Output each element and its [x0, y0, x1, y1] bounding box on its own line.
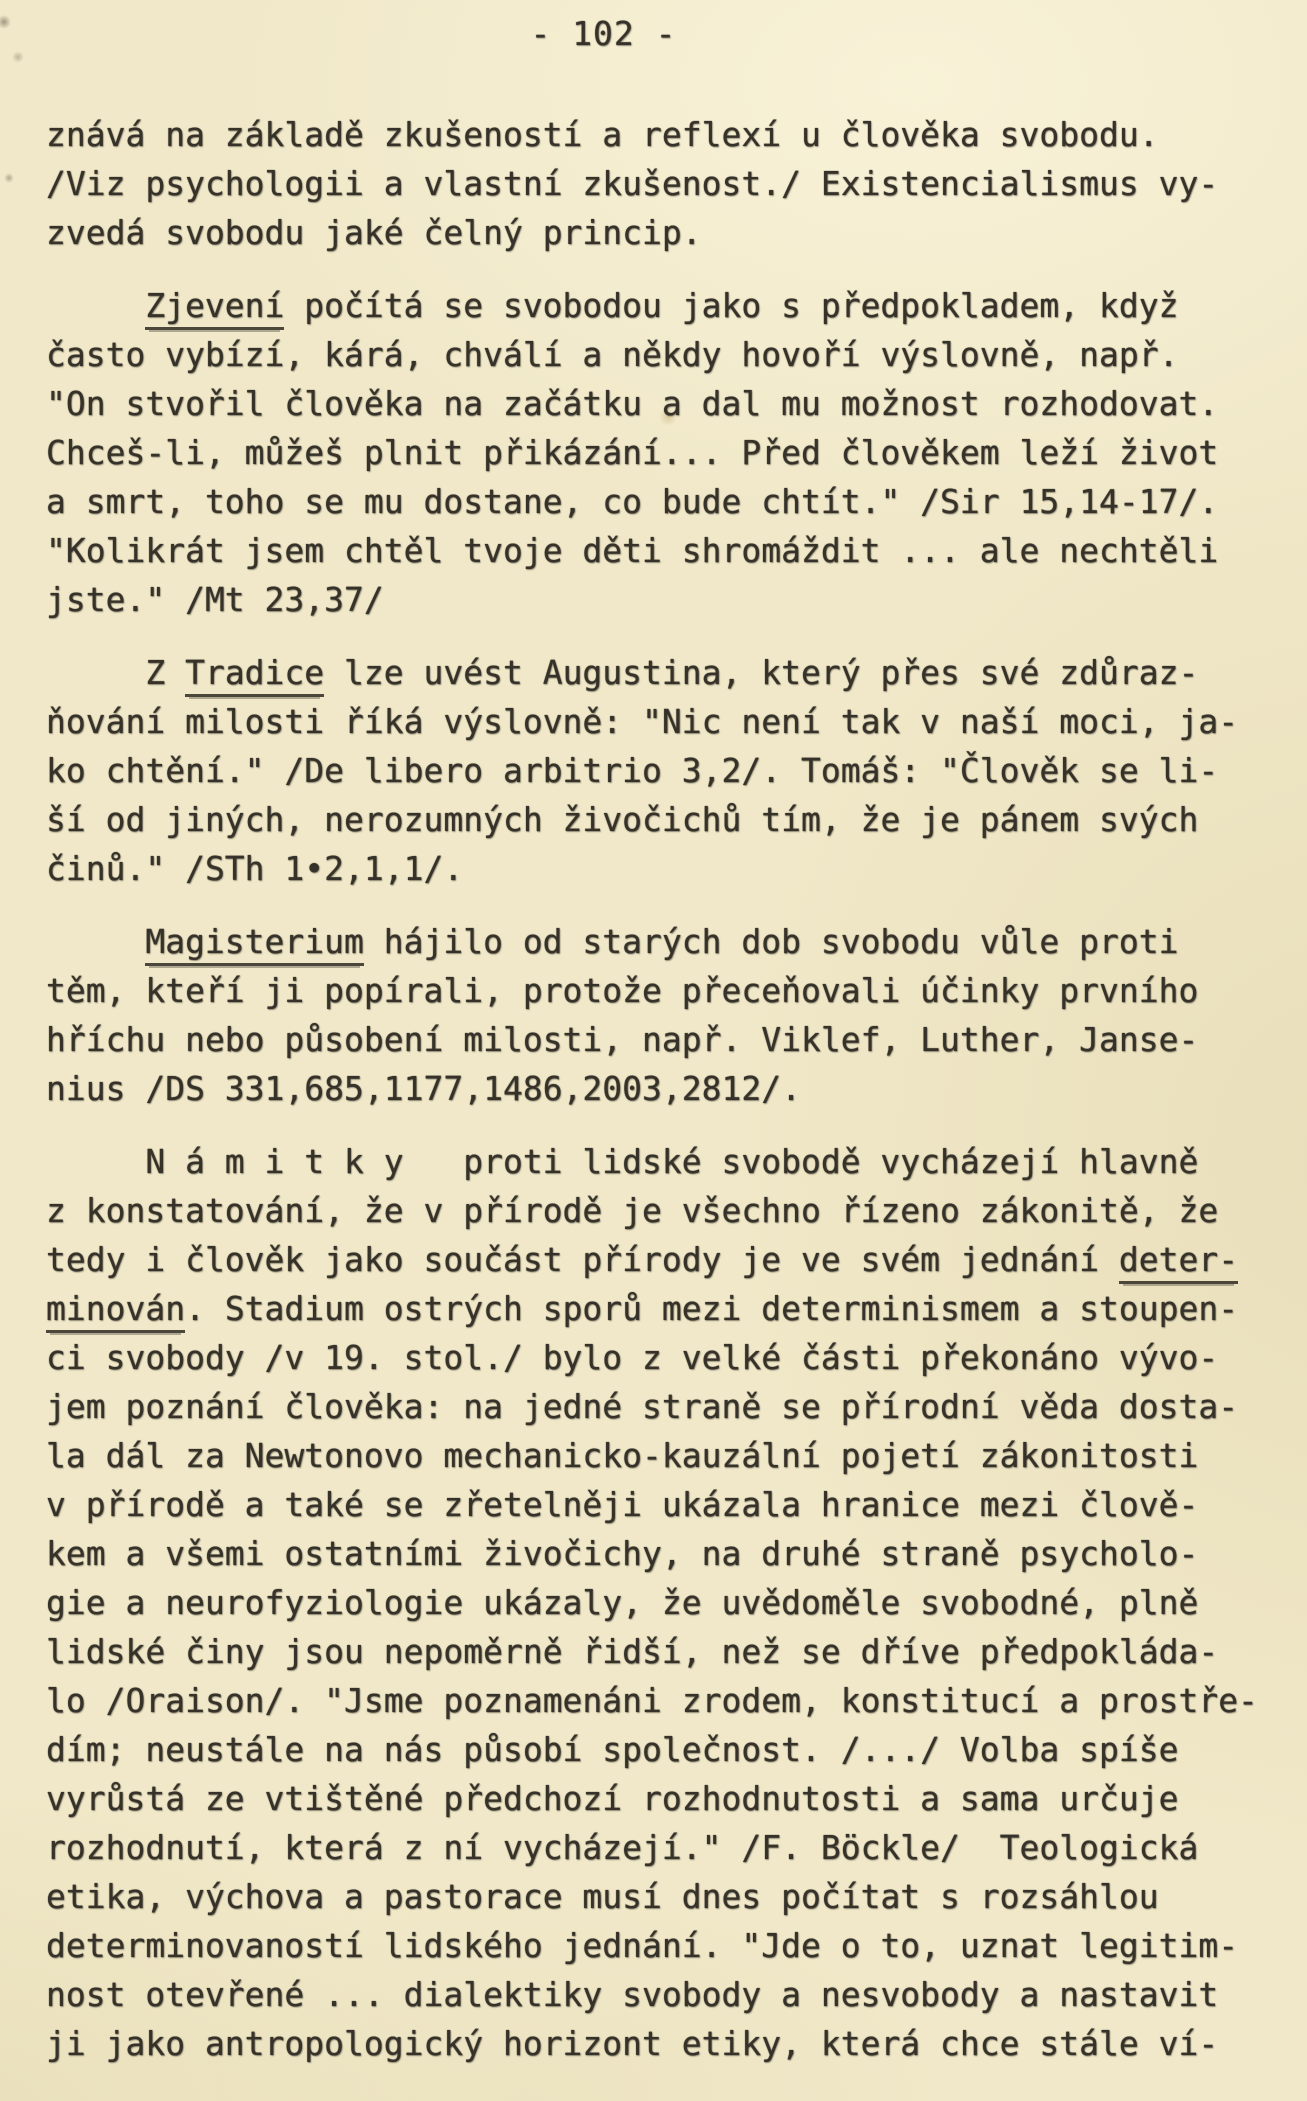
text-line: znává na základě zkušeností a reflexí u …	[46, 110, 1271, 159]
text-segment: nius /DS 331,685,1177,1486,2003,2812/.	[46, 1069, 801, 1108]
text-line: Chceš-li, můžeš plnit přikázání... Před …	[46, 428, 1271, 477]
text-line: a smrt, toho se mu dostane, co bude chtí…	[46, 477, 1271, 526]
text-segment: Z	[145, 653, 185, 692]
text-segment: ko chtění." /De libero arbitrio 3,2/. To…	[46, 751, 1218, 790]
text-line: často vybízí, kárá, chválí a někdy hovoř…	[46, 330, 1271, 379]
text-line: těm, kteří ji popírali, protože přeceňov…	[46, 966, 1271, 1015]
paragraph: Z Tradice lze uvést Augustina, který pře…	[46, 648, 1271, 893]
text-line: tedy i člověk jako součást přírody je ve…	[46, 1235, 1271, 1284]
text-segment: gie a neurofyziologie ukázaly, že uvědom…	[46, 1583, 1198, 1622]
text-segment: z konstatování, že v přírodě je všechno …	[46, 1191, 1218, 1230]
text-line: Z Tradice lze uvést Augustina, který pře…	[46, 648, 1271, 697]
text-line: la dál za Newtonovo mechanicko-kauzální …	[46, 1431, 1271, 1480]
text-line: vyrůstá ze vtištěné předchozí rozhodnuto…	[46, 1774, 1271, 1823]
text-line: etika, výchova a pastorace musí dnes poč…	[46, 1872, 1271, 1921]
text-line: minován. Stadium ostrých sporů mezi dete…	[46, 1284, 1271, 1333]
text-segment: determinovaností lidského jednání. "Jde …	[46, 1926, 1238, 1965]
text-segment: a smrt, toho se mu dostane, co bude chtí…	[46, 482, 1218, 521]
text-segment: často vybízí, kárá, chválí a někdy hovoř…	[46, 335, 1178, 374]
underlined-term: Magisterium	[145, 922, 364, 966]
text-line: Zjevení počítá se svobodou jako s předpo…	[46, 281, 1271, 330]
text-line: z konstatování, že v přírodě je všechno …	[46, 1186, 1271, 1235]
text-segment: jem poznání člověka: na jedné straně se …	[46, 1387, 1238, 1426]
text-line: zvedá svobodu jaké čelný princip.	[46, 208, 1271, 257]
text-line: činů." /STh 1•2,1,1/.	[46, 844, 1271, 893]
text-segment: rozhodnutí, která z ní vycházejí." /F. B…	[46, 1828, 1198, 1867]
text-line: dím; neustále na nás působí společnost. …	[46, 1725, 1271, 1774]
text-segment: nost otevřené ... dialektiky svobody a n…	[46, 1975, 1218, 2014]
text-line: nost otevřené ... dialektiky svobody a n…	[46, 1970, 1271, 2019]
text-segment: Chceš-li, můžeš plnit přikázání... Před …	[46, 433, 1218, 472]
underlined-term: minován	[46, 1289, 185, 1333]
text-line: v přírodě a také se zřetelněji ukázala h…	[46, 1480, 1271, 1529]
text-segment: N á m i t k y proti lidské svobodě vychá…	[145, 1142, 1198, 1181]
text-line: gie a neurofyziologie ukázaly, že uvědom…	[46, 1578, 1271, 1627]
text-segment: vyrůstá ze vtištěné předchozí rozhodnuto…	[46, 1779, 1178, 1818]
underlined-term: Tradice	[185, 653, 324, 697]
text-segment: . Stadium ostrých sporů mezi determinism…	[185, 1289, 1238, 1328]
text-segment: ší od jiných, nerozumných živočichů tím,…	[46, 800, 1198, 839]
text-line: ko chtění." /De libero arbitrio 3,2/. To…	[46, 746, 1271, 795]
page-number: - 102 -	[0, 9, 1257, 58]
text-segment: počítá se svobodou jako s předpokladem, …	[284, 286, 1178, 325]
text-segment: jste." /Mt 23,37/	[46, 580, 384, 619]
text-line: "Kolikrát jsem chtěl tvoje děti shromážd…	[46, 526, 1271, 575]
text-segment: ji jako antropologický horizont etiky, k…	[46, 2024, 1218, 2063]
text-segment: lidské činy jsou nepoměrně řidší, než se…	[46, 1632, 1218, 1671]
text-line: jste." /Mt 23,37/	[46, 575, 1271, 624]
text-line: N á m i t k y proti lidské svobodě vychá…	[46, 1137, 1271, 1186]
text-line: lidské činy jsou nepoměrně řidší, než se…	[46, 1627, 1271, 1676]
underlined-term: deter-	[1119, 1240, 1238, 1284]
text-line: lo /Oraison/. "Jsme poznamenáni zrodem, …	[46, 1676, 1271, 1725]
text-segment: ci svobody /v 19. stol./ bylo z velké čá…	[46, 1338, 1218, 1377]
document-page: - 102 - znává na základě zkušeností a re…	[0, 0, 1307, 2101]
text-segment: dím; neustále na nás působí společnost. …	[46, 1730, 1178, 1769]
text-segment: těm, kteří ji popírali, protože přeceňov…	[46, 971, 1198, 1010]
text-segment: "Kolikrát jsem chtěl tvoje děti shromážd…	[46, 531, 1218, 570]
paragraph: Magisterium hájilo od starých dob svobod…	[46, 917, 1271, 1113]
text-segment: v přírodě a také se zřetelněji ukázala h…	[46, 1485, 1198, 1524]
text-segment: kem a všemi ostatními živočichy, na druh…	[46, 1534, 1198, 1573]
text-segment: lo /Oraison/. "Jsme poznamenáni zrodem, …	[46, 1681, 1258, 1720]
underlined-term: Zjevení	[145, 286, 284, 330]
text-line: ňování milosti říká výslovně: "Nic není …	[46, 697, 1271, 746]
text-segment: ňování milosti říká výslovně: "Nic není …	[46, 702, 1238, 741]
paragraph: Zjevení počítá se svobodou jako s předpo…	[46, 281, 1271, 624]
text-segment: etika, výchova a pastorace musí dnes poč…	[46, 1877, 1159, 1916]
text-line: nius /DS 331,685,1177,1486,2003,2812/.	[46, 1064, 1271, 1113]
text-line: jem poznání člověka: na jedné straně se …	[46, 1382, 1271, 1431]
text-segment: hříchu nebo působení milosti, např. Vikl…	[46, 1020, 1198, 1059]
text-segment: činů." /STh 1•2,1,1/.	[46, 849, 463, 888]
text-line: Magisterium hájilo od starých dob svobod…	[46, 917, 1271, 966]
text-line: ci svobody /v 19. stol./ bylo z velké čá…	[46, 1333, 1271, 1382]
text-line: ji jako antropologický horizont etiky, k…	[46, 2019, 1271, 2068]
text-segment: hájilo od starých dob svobodu vůle proti	[364, 922, 1179, 961]
text-segment: la dál za Newtonovo mechanicko-kauzální …	[46, 1436, 1198, 1475]
paragraph: znává na základě zkušeností a reflexí u …	[46, 110, 1271, 257]
text-segment: lze uvést Augustina, který přes své zdůr…	[324, 653, 1198, 692]
text-segment: tedy i člověk jako součást přírody je ve…	[46, 1240, 1119, 1279]
text-line: hříchu nebo působení milosti, např. Vikl…	[46, 1015, 1271, 1064]
text-segment: zvedá svobodu jaké čelný princip.	[46, 213, 702, 252]
text-line: ší od jiných, nerozumných živočichů tím,…	[46, 795, 1271, 844]
paragraph: N á m i t k y proti lidské svobodě vychá…	[46, 1137, 1271, 2068]
text-segment: "On stvořil člověka na začátku a dal mu …	[46, 384, 1218, 423]
text-line: determinovaností lidského jednání. "Jde …	[46, 1921, 1271, 1970]
text-segment: /Viz psychologii a vlastní zkušenost./ E…	[46, 164, 1218, 203]
text-line: kem a všemi ostatními živočichy, na druh…	[46, 1529, 1271, 1578]
text-line: /Viz psychologii a vlastní zkušenost./ E…	[46, 159, 1271, 208]
text-line: rozhodnutí, která z ní vycházejí." /F. B…	[46, 1823, 1271, 1872]
text-segment: znává na základě zkušeností a reflexí u …	[46, 115, 1159, 154]
text-line: "On stvořil člověka na začátku a dal mu …	[46, 379, 1271, 428]
document-body: znává na základě zkušeností a reflexí u …	[46, 110, 1271, 2068]
